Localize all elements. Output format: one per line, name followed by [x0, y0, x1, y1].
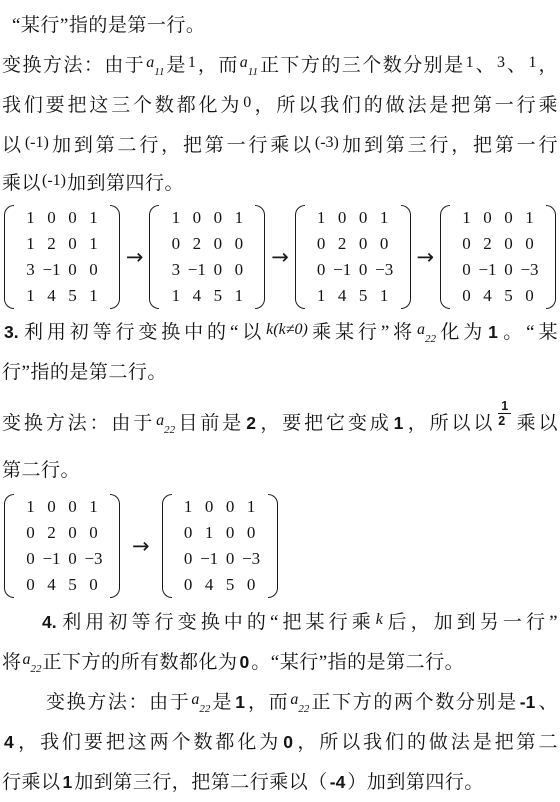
text-segment: 。“某 — [500, 322, 558, 343]
text-segment: 变换方法：由于 — [2, 413, 155, 434]
text-line-1: “某行”指的是第一行。 — [2, 6, 558, 46]
matrix-cell: 0 — [380, 234, 389, 254]
matrix-cell: 1 — [205, 523, 214, 543]
number-text: 1 — [235, 692, 245, 712]
text-segment: 利用初等行变换中的“以 — [21, 322, 266, 343]
inline-math: (-3) — [315, 134, 339, 151]
matrix-cell: 0 — [235, 234, 244, 254]
matrix-cell: 1 — [26, 234, 35, 254]
matrix-cell: 0 — [214, 234, 223, 254]
matrix-cell: 5 — [68, 575, 77, 595]
matrix-cell: 0 — [172, 234, 181, 254]
text-line-11: 将a22正下方的所有数都化为0。“某行”指的是第二行。 — [2, 642, 558, 682]
text-segment: “某行”指的是第一行。 — [12, 15, 205, 36]
matrix-cell: 4 — [483, 286, 492, 306]
fraction: 12 — [498, 400, 511, 428]
text-segment: 、 — [475, 55, 496, 76]
number-text: 1 — [63, 772, 73, 792]
inline-math: a22 — [23, 651, 42, 668]
right-paren — [268, 494, 278, 598]
text-segment: 化为 — [437, 322, 486, 343]
right-paren — [546, 205, 556, 309]
text-line-12: 变换方法：由于a22是1，而a22正下方的两个数分别是-1、 — [2, 682, 558, 722]
matrix-cell: 2 — [338, 234, 347, 254]
matrix-cell: 4 — [338, 286, 347, 306]
matrix-cell: −1 — [333, 260, 351, 280]
matrix-grid: 100102003−1001451 — [159, 205, 255, 309]
matrix-cell: 0 — [68, 208, 77, 228]
matrix-cell: 0 — [26, 523, 35, 543]
matrix-cell: 0 — [359, 260, 368, 280]
left-paren — [295, 205, 305, 309]
text-segment: 乘以 — [514, 413, 558, 434]
number-text: 0 — [240, 652, 250, 672]
matrix-cell: 5 — [226, 575, 235, 595]
inline-math: 1 — [466, 54, 474, 71]
matrix-row-2: 100102000−10−30450→100101000−10−30450 — [2, 490, 558, 602]
matrix-cell: 0 — [338, 208, 347, 228]
right-paren — [401, 205, 411, 309]
text-segment: 利用初等行变换中的“把某行乘 — [59, 612, 375, 633]
matrix-grid: 100102000−10−31451 — [305, 205, 401, 309]
matrix-cell: 1 — [89, 234, 98, 254]
matrix-cell: 0 — [68, 523, 77, 543]
matrix-cell: 0 — [462, 260, 471, 280]
arrow-icon: → — [124, 245, 146, 269]
text-segment: ，而 — [247, 692, 289, 713]
text-line-9: 第二行。 — [2, 452, 558, 490]
text-segment: ，我们要把这两个数都化为 — [16, 732, 281, 753]
text-segment: 正下方的两个数分别是 — [310, 692, 517, 713]
inline-math: a22 — [290, 691, 309, 708]
text-line-3: 我们要把这三个数都化为0，所以我们的做法是把第一行乘 — [2, 86, 558, 126]
text-line-7: 行”指的是第二行。 — [2, 352, 558, 394]
matrix-cell: 0 — [68, 497, 77, 517]
matrix-cell: 0 — [26, 575, 35, 595]
left-paren — [4, 205, 14, 309]
text-line-8: 变换方法：由于a22目前是2，要把它变成1，所以以12乘以 — [2, 394, 558, 452]
text-segment: 加到第四行。 — [67, 173, 184, 194]
matrix-cell: 2 — [47, 523, 56, 543]
text-segment: ）加到第四行。 — [347, 772, 484, 793]
inline-math: a11 — [146, 54, 164, 71]
matrix-cell: −3 — [84, 549, 102, 569]
left-paren — [440, 205, 450, 309]
matrix-cell: −3 — [242, 549, 260, 569]
left-paren — [162, 494, 172, 598]
math-subscript: 22 — [425, 333, 436, 345]
matrix-cell: 0 — [359, 234, 368, 254]
text-segment: ，所以以 — [405, 413, 495, 434]
inline-math: 3 — [497, 54, 505, 71]
matrix-row-1: 100112013−1001451→100102003−1001451→1001… — [2, 202, 558, 312]
matrix-cell: 0 — [68, 549, 77, 569]
text-segment: 正下方的三个数分别是 — [259, 55, 465, 76]
inline-math: a22 — [191, 691, 210, 708]
matrix-cell: 4 — [47, 575, 56, 595]
text-segment: 是 — [211, 692, 233, 713]
matrix-cell: 1 — [317, 208, 326, 228]
matrix-cell: 1 — [235, 286, 244, 306]
number-text: 4 — [4, 732, 14, 752]
matrix-cell: −1 — [200, 549, 218, 569]
text-segment: 。“某行”指的是第二行。 — [251, 652, 464, 673]
matrix-cell: 0 — [226, 497, 235, 517]
matrix: 100112013−1001451 — [4, 205, 120, 309]
matrix-cell: 1 — [235, 208, 244, 228]
matrix-cell: 1 — [380, 286, 389, 306]
matrix: 100101000−10−30450 — [162, 494, 278, 598]
matrix-cell: 0 — [47, 497, 56, 517]
matrix-cell: 1 — [380, 208, 389, 228]
text-segment: 乘以 — [2, 173, 41, 194]
matrix-cell: −1 — [478, 260, 496, 280]
matrix: 100102000−10−30450 — [4, 494, 120, 598]
text-line-4: 以(-1)加到第二行，把第一行乘以(-3)加到第三行，把第一行 — [2, 126, 558, 166]
arrow-icon: → — [120, 534, 162, 558]
matrix-cell: 4 — [193, 286, 202, 306]
inline-math: (-1) — [25, 134, 49, 151]
matrix-cell: 3 — [26, 260, 35, 280]
text-segment: 加到第三行，把第二行乘以（ — [74, 772, 328, 793]
inline-math: a22 — [156, 412, 175, 429]
matrix-cell: 1 — [26, 497, 35, 517]
matrix-cell: −3 — [520, 260, 538, 280]
text-segment: 目前是 — [176, 413, 244, 434]
left-paren — [149, 205, 159, 309]
left-paren — [4, 494, 14, 598]
math-subscript: 11 — [248, 66, 258, 78]
number-text: 0 — [283, 732, 293, 752]
matrix-grid: 100102000−10−30450 — [450, 205, 546, 309]
matrix-cell: 0 — [525, 286, 534, 306]
text-segment: 、 — [506, 55, 527, 76]
math-subscript: 22 — [199, 703, 210, 715]
matrix-cell: 5 — [504, 286, 513, 306]
fraction-numerator: 1 — [498, 400, 511, 415]
matrix-cell: 0 — [184, 549, 193, 569]
matrix-cell: 0 — [504, 208, 513, 228]
matrix-cell: 1 — [247, 497, 256, 517]
math-subscript: 22 — [31, 663, 42, 675]
matrix-cell: −1 — [42, 549, 60, 569]
matrix-cell: 0 — [235, 260, 244, 280]
matrix-cell: 0 — [205, 497, 214, 517]
matrix-cell: 1 — [172, 208, 181, 228]
matrix-cell: 0 — [89, 575, 98, 595]
text-segment: ，而 — [197, 55, 239, 76]
matrix-cell: 4 — [47, 286, 56, 306]
matrix-cell: 0 — [525, 234, 534, 254]
matrix-cell: 0 — [214, 208, 223, 228]
matrix-cell: 0 — [68, 234, 77, 254]
inline-math: (-1) — [42, 172, 66, 189]
matrix-cell: 0 — [504, 260, 513, 280]
text-segment: 以 — [2, 135, 24, 156]
matrix-cell: 0 — [26, 549, 35, 569]
inline-math: k(k≠0) — [266, 321, 308, 338]
document: “某行”指的是第一行。 变换方法：由于a11是1，而a11正下方的三个数分别是1… — [2, 6, 558, 802]
matrix-cell: 0 — [483, 208, 492, 228]
matrix-cell: 1 — [89, 286, 98, 306]
number-text: 3. — [4, 322, 19, 342]
matrix-cell: 1 — [26, 286, 35, 306]
matrix-cell: 1 — [317, 286, 326, 306]
arrow-icon: → — [415, 245, 437, 269]
matrix-cell: 0 — [462, 286, 471, 306]
matrix-cell: 1 — [184, 497, 193, 517]
right-paren — [110, 205, 120, 309]
inline-math: 1 — [528, 54, 536, 71]
matrix-cell: 0 — [89, 260, 98, 280]
text-segment: 加到第三行，把第一行 — [340, 135, 558, 156]
matrix-cell: 0 — [504, 234, 513, 254]
matrix-cell: 1 — [89, 208, 98, 228]
math-subscript: 22 — [298, 703, 309, 715]
matrix-cell: 1 — [525, 208, 534, 228]
number-text: -4 — [330, 772, 346, 792]
matrix-cell: 0 — [359, 208, 368, 228]
matrix-cell: 1 — [462, 208, 471, 228]
text-segment: ，所以我们的做法是把第一行乘 — [252, 95, 558, 116]
right-paren — [110, 494, 120, 598]
matrix-cell: 0 — [184, 523, 193, 543]
math-subscript: 22 — [164, 424, 175, 436]
text-segment: 是 — [165, 55, 186, 76]
number-text: -1 — [520, 692, 536, 712]
matrix-cell: 0 — [317, 234, 326, 254]
matrix-cell: 0 — [317, 260, 326, 280]
matrix-cell: 0 — [226, 523, 235, 543]
matrix-cell: 0 — [193, 208, 202, 228]
inline-math: a22 — [417, 321, 436, 338]
inline-math: 1 — [188, 54, 196, 71]
text-segment: 第二行。 — [2, 460, 80, 481]
matrix-grid: 100102000−10−30450 — [14, 494, 110, 598]
text-segment: 我们要把这三个数都化为 — [2, 95, 242, 116]
text-segment: 加到第二行，把第一行乘以 — [50, 135, 314, 156]
text-segment: 将 — [2, 652, 22, 673]
matrix-cell: 2 — [47, 234, 56, 254]
inline-math: 0 — [243, 94, 251, 111]
matrix-cell: 1 — [26, 208, 35, 228]
matrix-cell: 0 — [226, 549, 235, 569]
matrix-cell: 0 — [184, 575, 193, 595]
matrix-cell: −1 — [188, 260, 206, 280]
matrix-cell: −1 — [42, 260, 60, 280]
right-paren — [255, 205, 265, 309]
matrix-cell: 2 — [483, 234, 492, 254]
matrix-cell: 1 — [172, 286, 181, 306]
matrix-cell: 0 — [247, 575, 256, 595]
matrix-cell: 3 — [172, 260, 181, 280]
matrix-cell: 0 — [89, 523, 98, 543]
matrix-cell: 0 — [47, 208, 56, 228]
matrix: 100102000−10−30450 — [440, 205, 556, 309]
text-segment: 行”指的是第二行。 — [2, 362, 167, 383]
matrix-cell: 4 — [205, 575, 214, 595]
text-segment: ，要把它变成 — [258, 413, 392, 434]
text-line-6: 3.利用初等行变换中的“以k(k≠0)乘某行”将a22化为1。“某 — [2, 312, 558, 352]
matrix-cell: 0 — [214, 260, 223, 280]
text-segment: 后，加到另一行” — [384, 612, 558, 633]
matrix-cell: 0 — [462, 234, 471, 254]
matrix-grid: 100101000−10−30450 — [172, 494, 268, 598]
matrix-cell: 1 — [89, 497, 98, 517]
matrix: 100102000−10−31451 — [295, 205, 411, 309]
inline-math: k — [376, 611, 383, 628]
text-line-10: 4.利用初等行变换中的“把某行乘k后，加到另一行” — [2, 602, 558, 642]
number-text: 1 — [394, 413, 404, 433]
matrix-cell: −3 — [375, 260, 393, 280]
matrix-cell: 5 — [68, 286, 77, 306]
arrow-icon: → — [269, 245, 291, 269]
matrix-cell: 5 — [214, 286, 223, 306]
text-line-2: 变换方法：由于a11是1，而a11正下方的三个数分别是1、3、1， — [2, 46, 558, 86]
text-segment: 变换方法：由于 — [46, 692, 190, 713]
number-text: 1 — [488, 322, 498, 342]
matrix: 100102003−1001451 — [149, 205, 265, 309]
inline-math: a11 — [240, 54, 258, 71]
number-text: 2 — [246, 413, 256, 433]
text-segment: ， — [537, 55, 557, 76]
text-segment: 正下方的所有数都化为 — [43, 652, 238, 673]
math-subscript: 11 — [154, 66, 164, 78]
matrix-cell: 5 — [359, 286, 368, 306]
text-line-13: 4，我们要把这两个数都化为0，所以我们的做法是把第二 — [2, 722, 558, 762]
fraction-denominator: 2 — [498, 414, 511, 428]
text-line-5: 乘以(-1)加到第四行。 — [2, 166, 558, 202]
text-segment: 行乘以 — [2, 772, 61, 793]
text-line-14: 行乘以1加到第三行，把第二行乘以（-4）加到第四行。 — [2, 762, 558, 802]
matrix-grid: 100112013−1001451 — [14, 205, 110, 309]
text-segment: 变换方法：由于 — [2, 55, 145, 76]
text-segment: ，所以我们的做法是把第二 — [295, 732, 558, 753]
number-text: 4. — [42, 612, 57, 632]
matrix-cell: 0 — [247, 523, 256, 543]
text-segment: 、 — [537, 692, 558, 713]
text-segment: 乘某行”将 — [309, 322, 416, 343]
matrix-cell: 2 — [193, 234, 202, 254]
matrix-cell: 0 — [68, 260, 77, 280]
